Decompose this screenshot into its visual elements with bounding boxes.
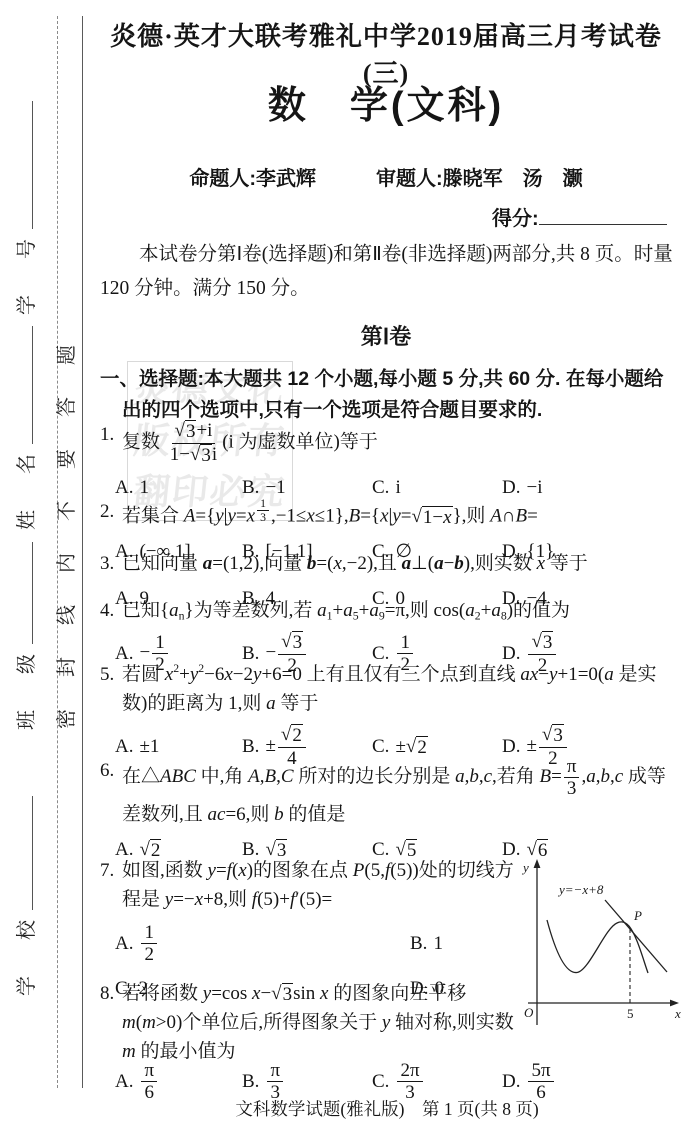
point-p-label: P	[633, 908, 642, 923]
question-3-stem: 已知向量 a=(1,2),向量 b=(x,−2),且 a⊥(a−b),则实数 x…	[122, 549, 674, 578]
option-b: B.1	[410, 929, 518, 958]
question-5-number: 5.	[100, 660, 114, 689]
student-name-text: 姓 名	[16, 446, 38, 530]
question-4-number: 4.	[100, 596, 114, 625]
student-number-text: 学 号	[16, 231, 38, 315]
tangent-graph: y x O 5 P y=−x+8	[515, 856, 688, 1036]
student-name-blank[interactable]	[17, 326, 33, 444]
section-one-heading: 一、选择题:本大题共 12 个小题,每小题 5 分,共 60 分. 在每小题给出…	[100, 364, 678, 426]
class-label: 班 级	[15, 540, 39, 730]
seal-instruction-text: 密 封 线 内 不 要 答 题	[55, 334, 79, 734]
exam-page: 炎德文化 版权所有 翻印必究 学 号 姓 名 班 级 学 校 密 封 线 内 不…	[0, 0, 688, 1144]
school-text: 学 校	[16, 912, 38, 996]
question-3-number: 3.	[100, 549, 114, 578]
score-line: 得分:	[492, 202, 667, 231]
setters-line: 命题人:李武辉 审题人:滕晓军 汤 灏	[96, 162, 676, 191]
question-2-stem: 若集合 A={y|y=x13,−1≤x≤1},B={x|y=√1−x},则 A∩…	[122, 497, 674, 531]
part-one-title: 第Ⅰ卷	[96, 320, 676, 351]
class-blank[interactable]	[17, 542, 33, 644]
question-7-options-row-1: A.12 B.1	[115, 922, 518, 966]
question-1-stem: 复数 √3+i1−√3i(i 为虚数单位)等于	[122, 420, 674, 467]
student-name-label: 姓 名	[15, 324, 39, 530]
question-1-number: 1.	[100, 420, 114, 449]
school-blank[interactable]	[17, 796, 33, 910]
tangent-equation-label: y=−x+8	[557, 882, 604, 897]
option-a: A.12	[115, 922, 410, 966]
class-text: 班 级	[16, 646, 38, 730]
school-label: 学 校	[15, 794, 39, 996]
y-axis-label: y	[521, 860, 529, 875]
question-8: 8. 若将函数 y=cos x−√3sin x 的图象向左平移 m(m>0)个单…	[100, 979, 524, 1066]
seal-solid-line	[82, 16, 83, 1088]
page-footer: 文科数学试题(雅礼版) 第 1 页(共 8 页)	[100, 1096, 674, 1121]
subject-title: 数 学(文科)	[96, 74, 676, 129]
question-5: 5. 若圆 x2+y2−6x−2y+6=0 上有且仅有三个点到直线 ax−y+1…	[100, 660, 674, 769]
y-axis-arrow	[534, 859, 541, 868]
x-axis-label: x	[674, 1006, 681, 1021]
question-7-figure: y x O 5 P y=−x+8	[515, 856, 688, 1036]
question-6-number: 6.	[100, 756, 114, 785]
question-4-stem: 已知{an}为等差数列,若 a1+a5+a9=π,则 cos(a2+a8)的值为	[122, 596, 674, 625]
question-8-stem: 若将函数 y=cos x−√3sin x 的图象向左平移 m(m>0)个单位后,…	[122, 979, 524, 1066]
question-6-stem: 在△ABC 中,角 A,B,C 所对的边长分别是 a,b,c,若角 B=π3,a…	[122, 756, 674, 829]
student-number-label: 学 号	[15, 109, 39, 315]
question-5-stem: 若圆 x2+y2−6x−2y+6=0 上有且仅有三个点到直线 ax−y+1=0(…	[122, 660, 674, 718]
score-label: 得分:	[492, 208, 539, 230]
function-curve	[547, 920, 648, 973]
question-8-number: 8.	[100, 979, 114, 1008]
question-6: 6. 在△ABC 中,角 A,B,C 所对的边长分别是 a,b,c,若角 B=π…	[100, 756, 674, 864]
origin-label: O	[524, 1005, 534, 1020]
x-tick-5: 5	[627, 1006, 634, 1021]
question-1: 1. 复数 √3+i1−√3i(i 为虚数单位)等于 A.1 B.−1 C.i …	[100, 420, 674, 502]
question-7-stem: 如图,函数 y=f(x)的图象在点 P(5,f(5))处的切线方程是 y=−x+…	[122, 856, 518, 914]
question-7-number: 7.	[100, 856, 114, 885]
score-blank[interactable]	[539, 207, 667, 225]
question-2-number: 2.	[100, 497, 114, 526]
student-number-blank[interactable]	[17, 101, 33, 229]
intro-paragraph: 本试卷分第Ⅰ卷(选择题)和第Ⅱ卷(非选择题)两部分,共 8 页。时量 120 分…	[100, 238, 674, 306]
